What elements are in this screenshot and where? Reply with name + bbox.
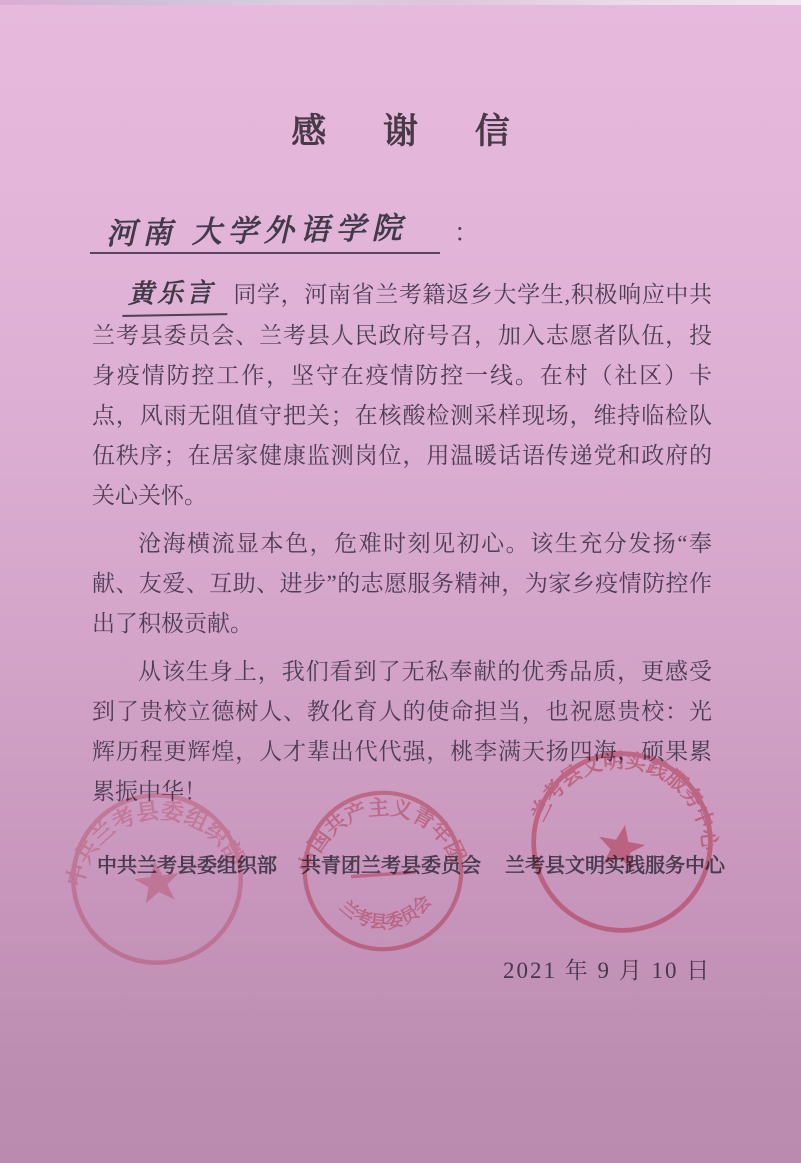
- student-name-handwritten: 黄乐言: [122, 273, 228, 317]
- paragraph-1: 黄乐言 同学，河南省兰考籍返乡大学生,积极响应中共兰考县委员会、兰考县人民政府号…: [92, 274, 712, 516]
- paragraph-2: 沧海横流显本色，危难时刻见初心。该生充分发扬“奉献、友爱、互助、进步”的志愿服务…: [92, 524, 712, 644]
- salutation-colon: ：: [454, 220, 479, 247]
- paragraph-1-text: 同学，河南省兰考籍返乡大学生,积极响应中共兰考县委员会、兰考县人民政府号召，加入…: [92, 282, 712, 508]
- photo-top-edge: [0, 0, 801, 5]
- recipient-name-handwritten: 河南 大学外语学院: [106, 203, 408, 253]
- salutation-line: 河南 大学外语学院：: [90, 206, 479, 254]
- svg-text:兰考县委员会: 兰考县委员会: [335, 890, 437, 936]
- letter-body: 黄乐言 同学，河南省兰考籍返乡大学生,积极响应中共兰考县委员会、兰考县人民政府号…: [92, 274, 712, 820]
- signature-org-3: 兰考县文明实践服务中心: [505, 849, 725, 878]
- thank-you-letter: 感 谢 信 河南 大学外语学院： 黄乐言 同学，河南省兰考籍返乡大学生,积极响应…: [0, 0, 801, 1163]
- seal-arc-bottom-text: 兰考县委员会: [335, 890, 437, 936]
- paragraph-3: 从该生身上，我们看到了无私奉献的优秀品质，更感受到了贵校立德树人、教化育人的使命…: [92, 652, 712, 812]
- recipient-underline: 河南 大学外语学院: [90, 206, 440, 254]
- signature-org-2: 共青团兰考县委员会: [301, 849, 481, 878]
- letter-title: 感 谢 信: [0, 104, 801, 154]
- letter-date: 2021 年 9 月 10 日: [503, 952, 711, 985]
- signature-org-1: 中共兰考县委组织部: [97, 849, 277, 878]
- signature-row: 中共兰考县委组织部 共青团兰考县委员会 兰考县文明实践服务中心: [97, 849, 725, 878]
